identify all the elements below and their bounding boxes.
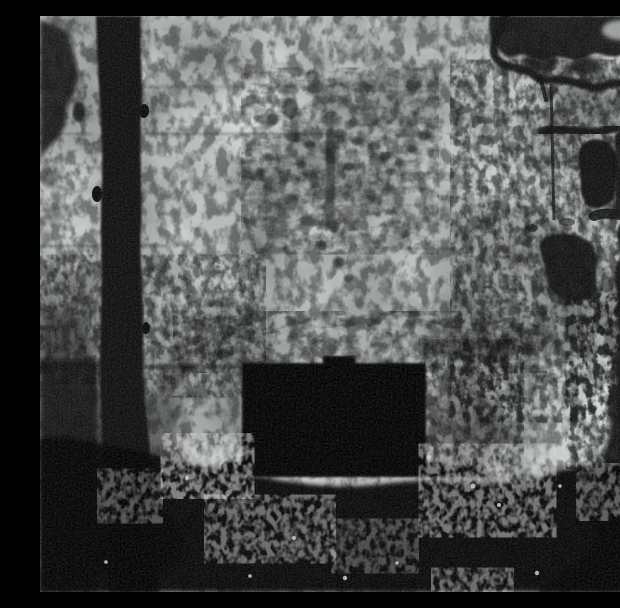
photo-canvas [40,16,620,592]
photograph [40,16,620,592]
film-grain-overlay [40,16,620,592]
